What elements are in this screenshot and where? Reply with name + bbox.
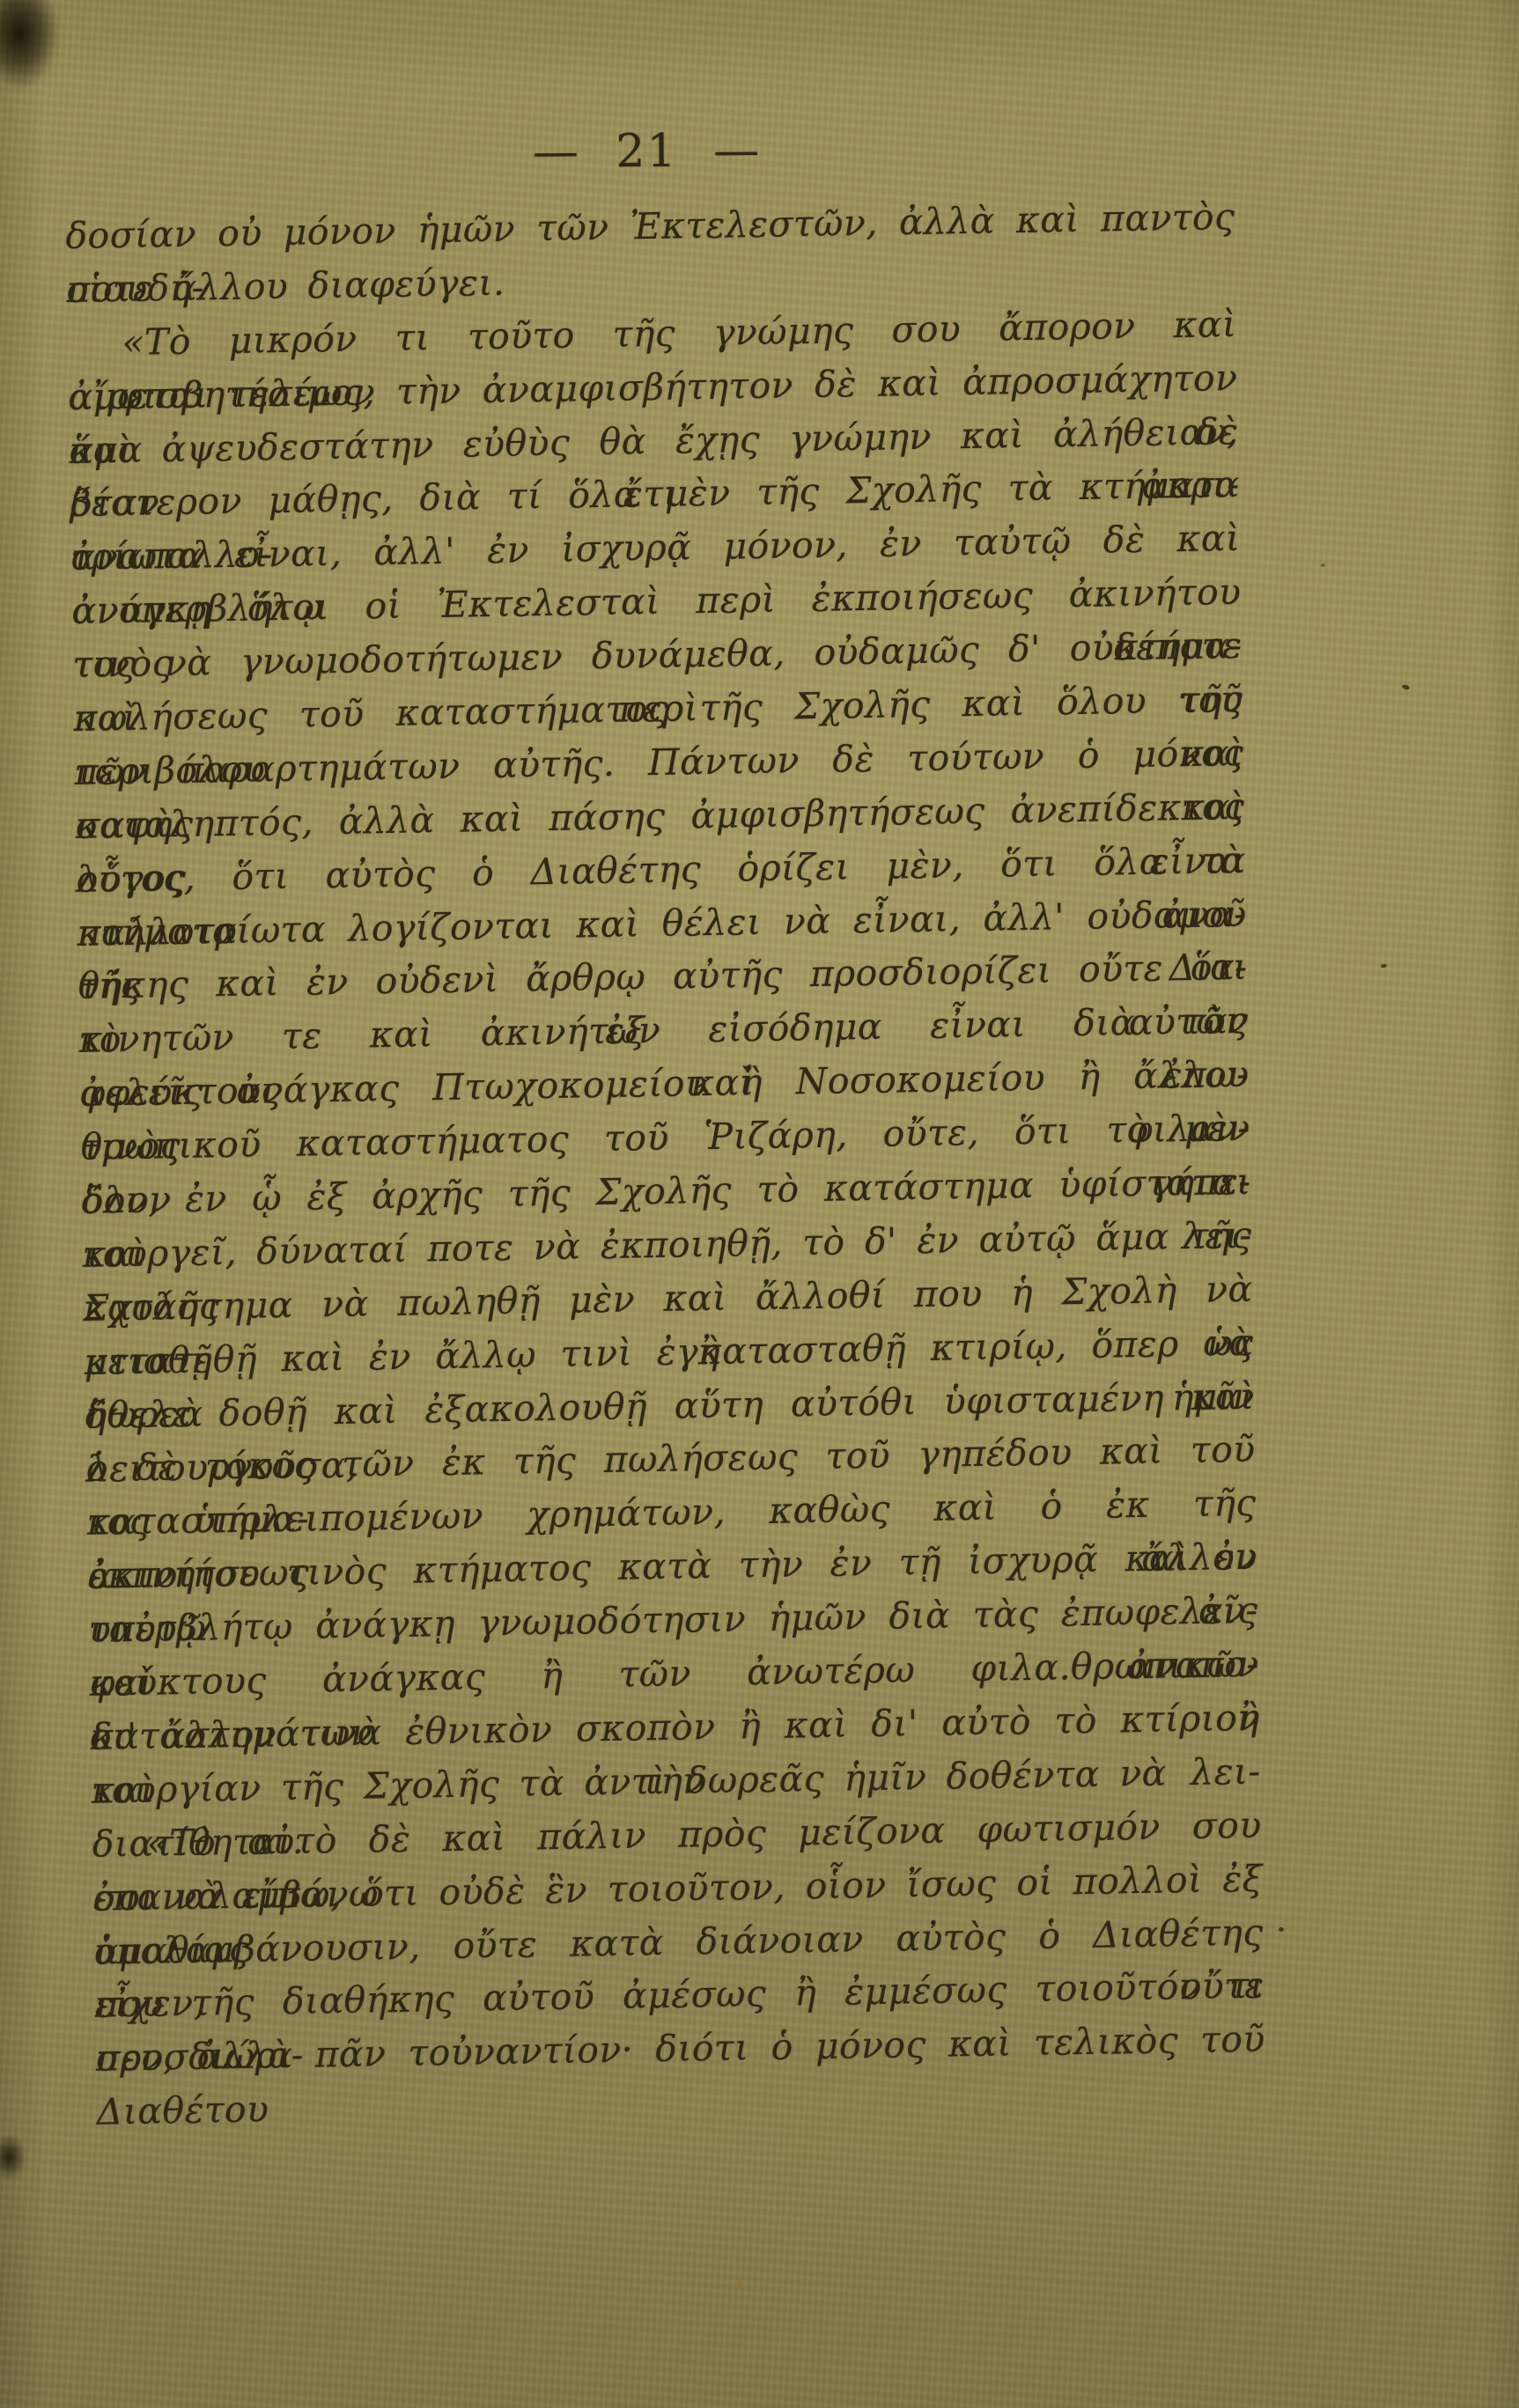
scan-artifact-left-edge: [0, 2134, 26, 2180]
scan-artifact-top-left-corner: [0, 0, 60, 90]
scan-speck: [1401, 684, 1410, 691]
scan-speck: [1381, 963, 1388, 968]
scan-speck: [1279, 1927, 1284, 1932]
page-number: — 21 —: [63, 121, 1230, 181]
text-block: δοσίαν οὐ μόνον ἡμῶν τῶν Ἐκτελεστῶν, ἀλλ…: [65, 190, 1265, 2086]
scan-speck: [1321, 563, 1325, 567]
scanned-book-page: — 21 — δοσίαν οὐ μόνον ἡμῶν τῶν Ἐκτελεστ…: [0, 0, 1519, 2408]
scan-fibre: [738, 2280, 741, 2289]
